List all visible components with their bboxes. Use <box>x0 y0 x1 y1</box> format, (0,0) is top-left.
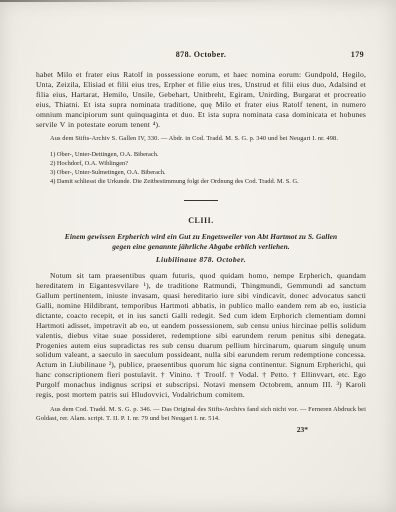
page-content: 878. October. 179 habet Milo et frater e… <box>36 50 366 434</box>
footnote-4: 4) Damit schliesst die Urkunde. Die Zeit… <box>50 177 366 186</box>
charter-summary-line-2: gegen eine genannte jährliche Abgabe erb… <box>36 242 366 252</box>
running-head-date: 878. October. <box>176 50 226 59</box>
charter-main-text: Notum sit tam praesentibus quam futuris,… <box>36 271 366 400</box>
footnote-block: 1) Ober-, Unter-Dettingen, O.A. Biberach… <box>50 150 366 186</box>
signature-mark: 23* <box>36 425 366 434</box>
source-note-previous-charter: Aus dem Stifts-Archiv S. Gallen IV, 330.… <box>36 135 366 144</box>
book-page-scan: 878. October. 179 habet Milo et frater e… <box>0 0 396 512</box>
charter-number-heading: CLIII. <box>36 216 366 225</box>
scan-edge-artifact <box>0 0 277 2</box>
footnote-1: 1) Ober-, Unter-Dettingen, O.A. Biberach… <box>50 150 366 159</box>
charter-summary: Einem gewissen Erpherich wird ein Gut zu… <box>36 232 366 251</box>
source-note-charter: Aus dem Cod. Tradd. M. S. G. p. 346. — D… <box>36 406 366 423</box>
footnote-3: 3) Ober-, Unter-Sulmetingen, O.A. Bibera… <box>50 168 366 177</box>
charter-summary-line-1: Einem gewissen Erpherich wird ein Gut zu… <box>36 232 366 242</box>
section-divider-rule <box>184 200 218 201</box>
footnote-2: 2) Hochdorf, O.A. Wiblingen? <box>50 159 366 168</box>
page-number: 179 <box>351 50 364 59</box>
running-header: 878. October. 179 <box>36 50 366 61</box>
charter-continuation-text: habet Milo et frater eius Ratolf in poss… <box>36 70 366 129</box>
charter-dateline: Liubilinaue 878. October. <box>36 255 366 264</box>
